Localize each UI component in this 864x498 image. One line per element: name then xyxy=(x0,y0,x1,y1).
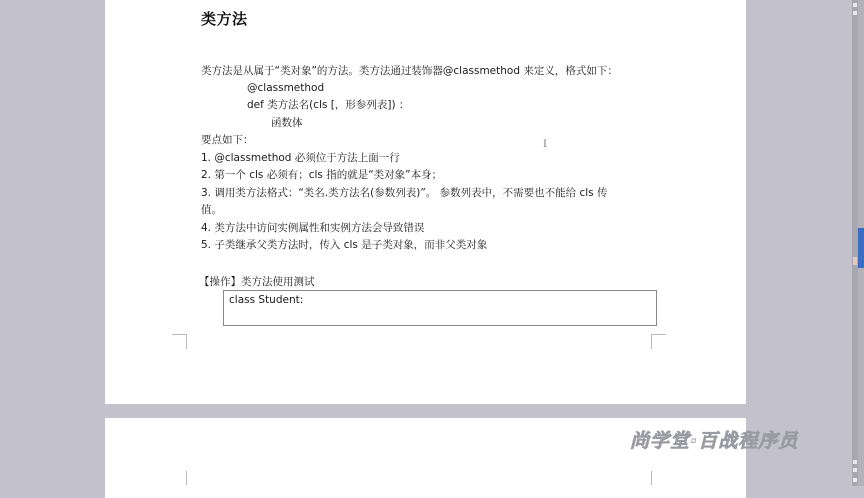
point-item: 3. 调用类方法格式：“类名.类方法名(参数列表)”。 参数列表中，不需要也不能… xyxy=(201,186,607,200)
document-workspace: 类方法 类方法是从属于“类对象”的方法。类方法通过装饰器@classmethod… xyxy=(0,0,852,486)
margin-corner-mark xyxy=(651,334,666,349)
syntax-decorator: @classmethod xyxy=(247,81,324,95)
syntax-def-line: def 类方法名(cls [，形参列表]) ： xyxy=(247,98,409,112)
scroll-up-icon[interactable] xyxy=(853,3,857,7)
watermark-logo: 尚学堂·百战程序员 xyxy=(630,426,798,453)
vertical-scrollbar[interactable] xyxy=(852,0,864,486)
scroll-down-icon[interactable] xyxy=(853,460,857,464)
document-page-1[interactable]: 类方法 类方法是从属于“类对象”的方法。类方法通过装饰器@classmethod… xyxy=(105,0,746,404)
browse-object-icon[interactable] xyxy=(853,468,857,472)
operation-label: 【操作】类方法使用测试 xyxy=(199,274,315,289)
scroll-position-marker xyxy=(853,257,857,265)
points-heading: 要点如下： xyxy=(201,133,254,147)
point-item: 2. 第一个 cls 必须有；cls 指的就是“类对象”本身； xyxy=(201,168,442,182)
margin-corner-mark xyxy=(172,334,187,349)
margin-corner-mark xyxy=(172,471,187,485)
code-line: class Student: xyxy=(229,294,303,306)
point-item: 5. 子类继承父类方法时，传入 cls 是子类对象，而非父类对象 xyxy=(201,238,487,252)
scrollbar-thumb[interactable] xyxy=(858,228,864,268)
syntax-body: 函数体 xyxy=(271,116,303,130)
margin-corner-mark xyxy=(651,471,666,485)
scroll-down-icon[interactable] xyxy=(853,478,857,482)
code-text-box[interactable]: class Student: xyxy=(223,290,657,326)
intro-paragraph: 类方法是从属于“类对象”的方法。类方法通过装饰器@classmethod 来定义… xyxy=(201,64,618,78)
point-item: 4. 类方法中访问实例属性和实例方法会导致错误 xyxy=(201,221,424,235)
section-title: 类方法 xyxy=(201,8,248,29)
scroll-up-icon[interactable] xyxy=(853,11,857,15)
point-item: 1. @classmethod 必须位于方法上面一行 xyxy=(201,151,400,165)
point-item-continuation: 值。 xyxy=(201,203,222,217)
text-cursor-icon: I xyxy=(543,139,547,150)
